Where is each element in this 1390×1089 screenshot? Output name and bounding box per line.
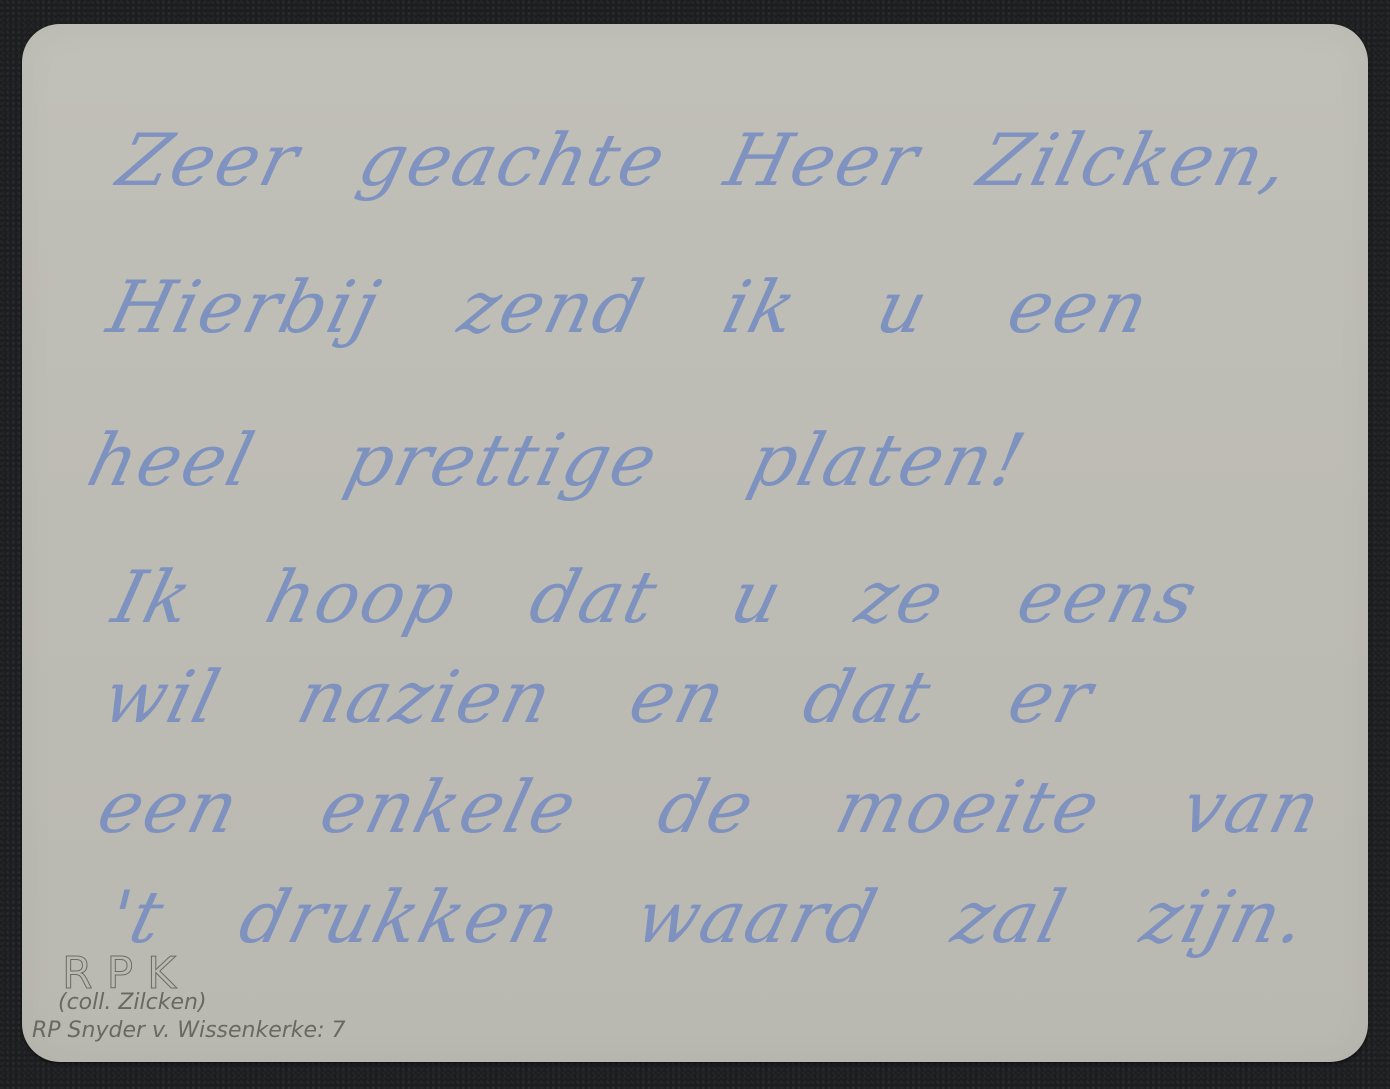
letter-line: Ik hoop dat u ze eens — [105, 555, 1207, 639]
letter-line: wil nazien en dat er — [95, 655, 1102, 739]
letter-line: Hierbij zend ik u een — [100, 265, 1158, 349]
pencil-collection-note: (coll. Zilcken) — [58, 990, 207, 1015]
letter-line: heel prettige platen! — [80, 418, 1035, 502]
pencil-inventory-note: RP Snyder v. Wissenkerke: 7 — [32, 1018, 346, 1043]
letter-line: 't drukken waard zal zijn. — [100, 875, 1317, 959]
letter-line-salutation: Zeer geachte Heer Zilcken, — [110, 118, 1299, 202]
letter-line: een enkele de moeite van — [90, 765, 1330, 849]
